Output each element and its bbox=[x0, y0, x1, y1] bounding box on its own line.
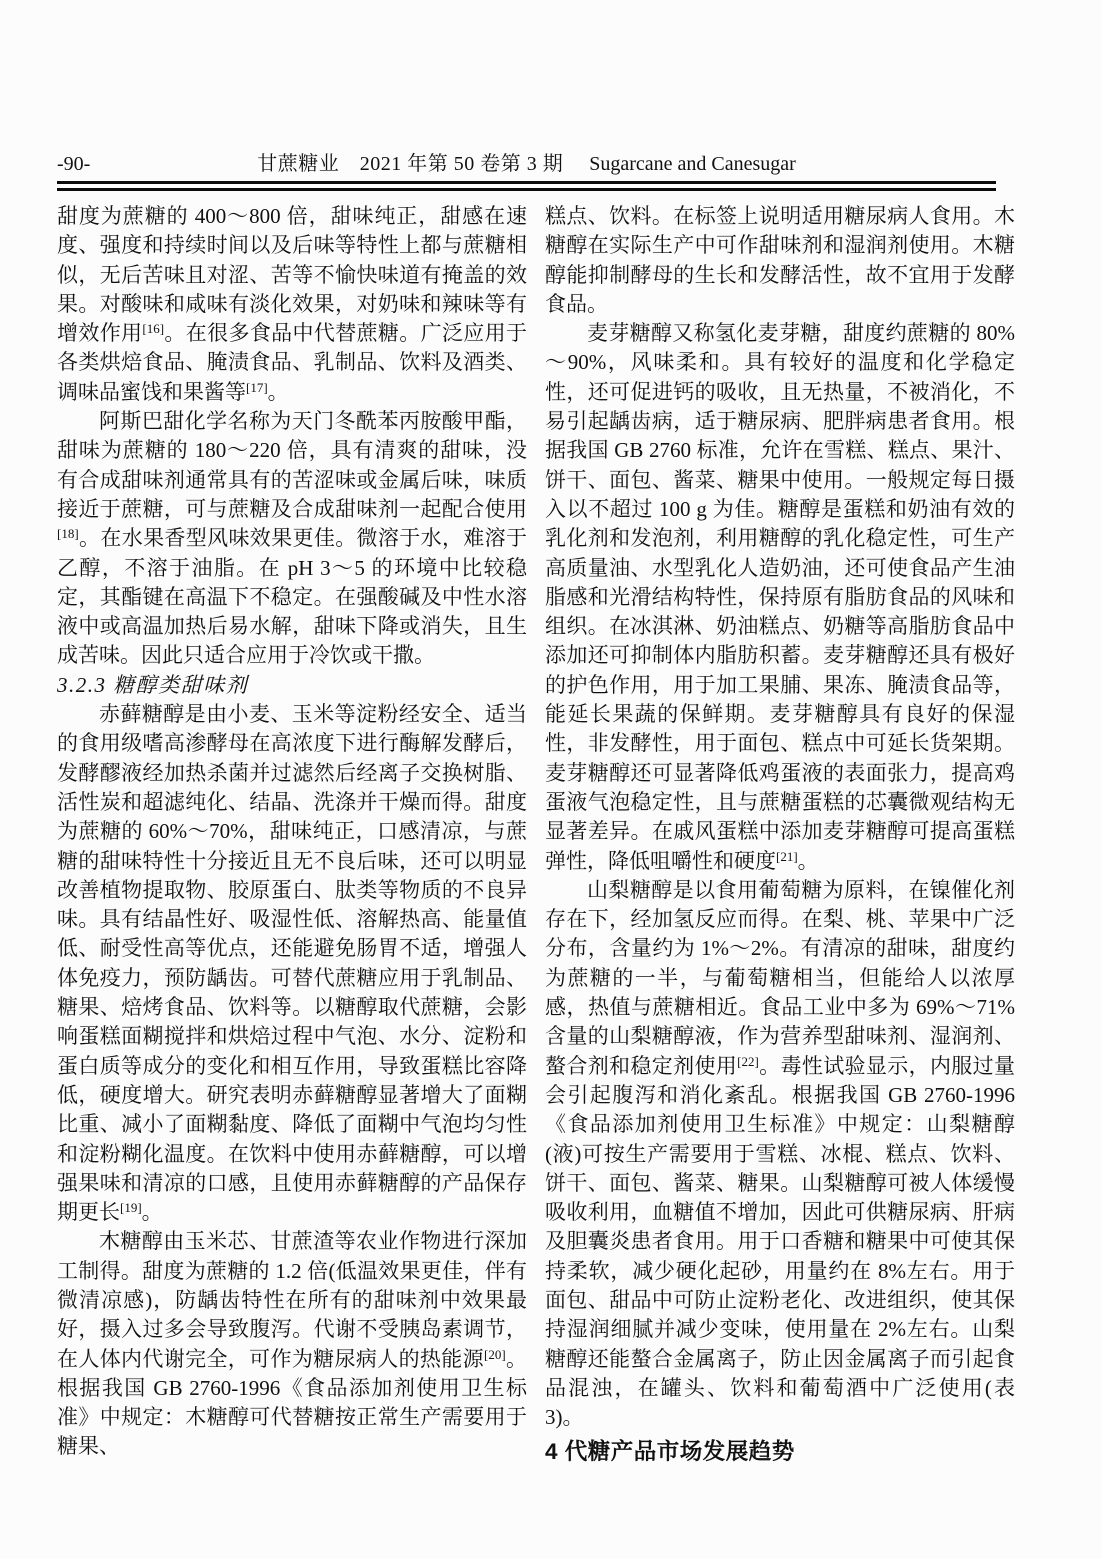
paragraph: 木糖醇由玉米芯、甘蔗渣等农业作物进行深加工制得。甜度为蔗糖的 1.2 倍(低温效… bbox=[57, 1227, 527, 1461]
journal-title-english: Sugarcane and Canesugar bbox=[589, 153, 796, 175]
page-number: -90- bbox=[57, 151, 90, 177]
paragraph: 麦芽糖醇又称氢化麦芽糖，甜度约蔗糖的 80%～90%，风味柔和。具有较好的温度和… bbox=[545, 319, 1015, 876]
body-columns: 甜度为蔗糖的 400～800 倍，甜味纯正，甜感在速度、强度和持续时间以及后味等… bbox=[57, 202, 1015, 1467]
right-column: 糕点、饮料。在标签上说明适用糖尿病人食用。木糖醇在实际生产中可作甜味剂和湿润剂使… bbox=[545, 202, 1015, 1467]
reference-superscript: [22] bbox=[737, 1054, 759, 1069]
paragraph: 山梨糖醇是以食用葡萄糖为原料，在镍催化剂存在下，经加氢反应而得。在梨、桃、苹果中… bbox=[545, 876, 1015, 1433]
reference-superscript: [19] bbox=[120, 1200, 142, 1215]
reference-superscript: [21] bbox=[776, 849, 798, 864]
paragraph: 甜度为蔗糖的 400～800 倍，甜味纯正，甜感在速度、强度和持续时间以及后味等… bbox=[57, 202, 527, 407]
journal-title-chinese: 甘蔗糖业 2021 年第 50 卷第 3 期 bbox=[257, 153, 563, 175]
paragraph: 阿斯巴甜化学名称为天门冬酰苯丙胺酸甲酯，甜味为蔗糖的 180～220 倍，具有清… bbox=[57, 407, 527, 671]
paragraph: 赤藓糖醇是由小麦、玉米等淀粉经安全、适当的食用级嗜高渗酵母在高浓度下进行酶解发酵… bbox=[57, 700, 527, 1227]
running-head: -90- 甘蔗糖业 2021 年第 50 卷第 3 期Sugarcane and… bbox=[57, 151, 996, 177]
left-column: 甜度为蔗糖的 400～800 倍，甜味纯正，甜感在速度、强度和持续时间以及后味等… bbox=[57, 202, 527, 1467]
reference-superscript: [18] bbox=[57, 526, 79, 541]
reference-superscript: [17] bbox=[246, 380, 268, 395]
section-heading: 4 代糖产品市场发展趋势 bbox=[545, 1437, 1015, 1467]
journal-title-line: 甘蔗糖业 2021 年第 50 卷第 3 期Sugarcane and Cane… bbox=[57, 151, 996, 177]
subsection-heading: 3.2.3 糖醇类甜味剂 bbox=[57, 671, 527, 700]
reference-superscript: [16] bbox=[142, 321, 164, 336]
journal-page: -90- 甘蔗糖业 2021 年第 50 卷第 3 期Sugarcane and… bbox=[0, 0, 1102, 1559]
header-double-rule bbox=[57, 181, 996, 191]
reference-superscript: [20] bbox=[484, 1347, 506, 1362]
paragraph: 糕点、饮料。在标签上说明适用糖尿病人食用。木糖醇在实际生产中可作甜味剂和湿润剂使… bbox=[545, 202, 1015, 319]
